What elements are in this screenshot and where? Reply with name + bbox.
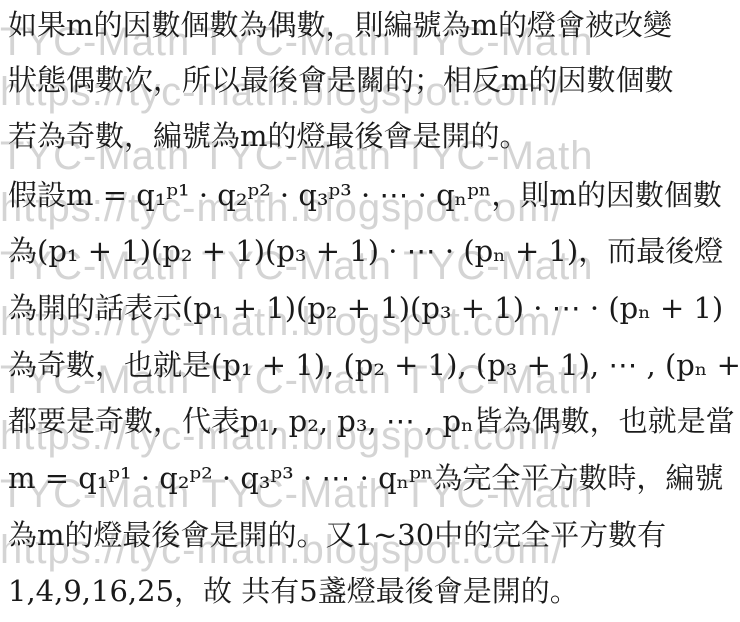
text-line: 1,4,9,16,25，故 共有5盞燈最後會是開的。 [8,571,736,611]
text-line: 為奇數，也就是(p₁ + 1), (p₂ + 1), (p₃ + 1), ⋯ ,… [8,345,736,385]
text-line: 若為奇數，編號為m的燈最後會是開的。 [8,116,736,156]
text-line: 都要是奇數，代表p₁, p₂, p₃, ⋯ , pₙ皆為偶數，也就是當 [8,401,736,441]
text-line: m = q₁ᵖ¹ · q₂ᵖ² · q₃ᵖ³ · ⋯ · qₙᵖⁿ為完全平方數時… [8,458,736,498]
text-line: 如果m的因數個數為偶數，則編號為m的燈會被改變 [8,5,736,45]
text-line: 為(p₁ + 1)(p₂ + 1)(p₃ + 1) · ⋯ · (pₙ + 1)… [8,231,736,271]
text-line: 為開的話表示(p₁ + 1)(p₂ + 1)(p₃ + 1) · ⋯ · (pₙ… [8,288,736,328]
text-line: 狀態偶數次，所以最後會是關的；相反m的因數個數 [8,60,736,100]
document-page: TYC-Math TYC-Math TYC-Math https://tyc-m… [0,0,740,622]
text-line: 假設m = q₁ᵖ¹ · q₂ᵖ² · q₃ᵖ³ · ⋯ · qₙᵖⁿ，則m的因… [8,175,736,215]
text-line: 為m的燈最後會是開的。又1~30中的完全平方數有 [8,515,736,555]
